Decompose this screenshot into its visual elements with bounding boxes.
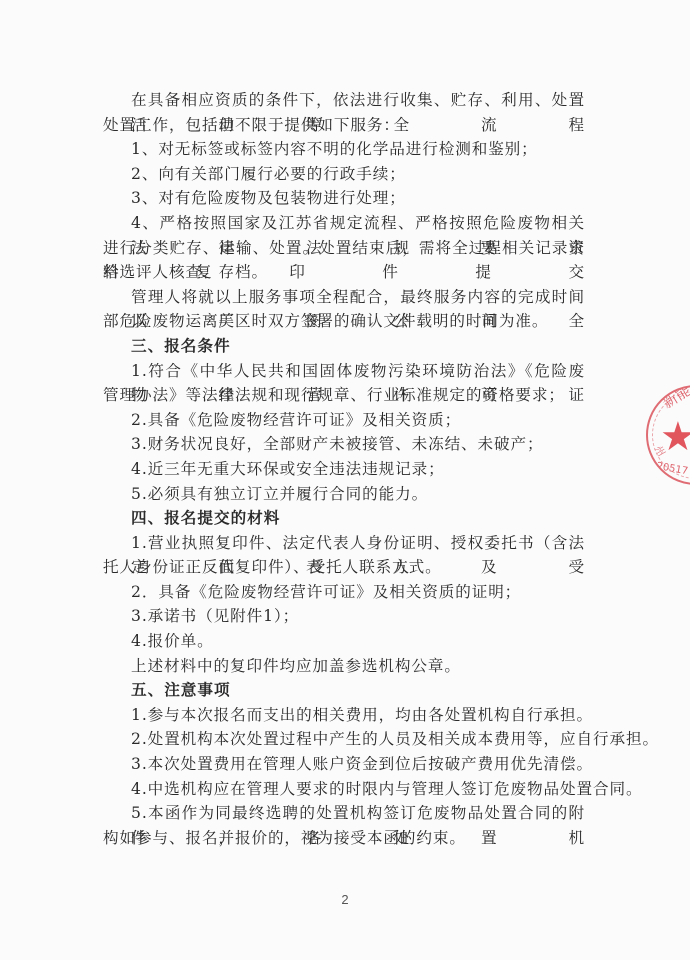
- paragraph-line: 管理办法》等法律法规和现行规章、行业标准规定的资格要求；: [103, 383, 585, 408]
- section-heading: 四、报名提交的材料: [103, 506, 585, 531]
- section-heading: 五、注意事项: [103, 678, 585, 703]
- paragraph-line: 1.符合《中华人民共和国固体废物污染环境防治法》《危险废物经营许可证: [103, 359, 585, 384]
- paragraph-line: 上述材料中的复印件均应加盖参选机构公章。: [103, 654, 585, 679]
- paragraph-line: 1、对无标签或标签内容不明的化学品进行检测和鉴别；: [103, 137, 585, 162]
- paragraph-line: 2、向有关部门履行必要的行政手续；: [103, 162, 585, 187]
- paragraph-line: 进行分类贮存、运输、处置。处置结束后，需将全过程相关记录资料复印件提交: [103, 236, 585, 261]
- paragraph-line: 管理人将就以上服务事项全程配合，最终服务内容的完成时间以美阌公司全: [103, 285, 585, 310]
- page-number: 2: [0, 892, 690, 907]
- paragraph-line: 4.近三年无重大环保或安全违法违规记录；: [103, 457, 585, 482]
- paragraph-line: 5.必须具有独立订立并履行合同的能力。: [103, 482, 585, 507]
- paragraph-line: 1.营业执照复印件、法定代表人身份证明、授权委托书（含法定代表人及受: [103, 531, 585, 556]
- paragraph-line: 在具备相应资质的条件下，依法进行收集、贮存、利用、处置活动等全流程: [103, 88, 585, 113]
- paragraph-line: 4、严格按照国家及江苏省规定流程、严格按照危险废物相关法律法规要求: [103, 211, 585, 236]
- paragraph-line: 3.财务状况良好，全部财产未被接管、未冻结、未破产；: [103, 432, 585, 457]
- paragraph-line: 2．具备《危险废物经营许可证》及相关资质的证明；: [103, 580, 585, 605]
- paragraph-line: 部危险废物运离厂区时双方签署的确认文件载明的时间为准。: [103, 309, 585, 334]
- paragraph-line: 3.承诺书（见附件1）；: [103, 604, 585, 629]
- company-seal-stamp: 新能源 ★ 州 320517: [646, 385, 690, 485]
- paragraph-line: 1.参与本次报名而支出的相关费用，均由各处置机构自行承担。: [103, 703, 585, 728]
- paragraph-line: 3、对有危险废物及包装物进行处理；: [103, 186, 585, 211]
- paragraph-line: 4.报价单。: [103, 629, 585, 654]
- paragraph-line: 2.具备《危险废物经营许可证》及相关资质；: [103, 408, 585, 433]
- paragraph-line: 4.中选机构应在管理人要求的时限内与管理人签订危废物品处置合同。: [103, 777, 585, 802]
- paragraph-line: 5.本函作为同最终选聘的处置机构签订危废物品处置合同的附件，各处置机: [103, 801, 585, 826]
- paragraph-line: 2.处置机构本次处置过程中产生的人员及相关成本费用等，应自行承担。: [103, 727, 585, 752]
- document-body: 在具备相应资质的条件下，依法进行收集、贮存、利用、处置活动等全流程处置工作，包括…: [103, 88, 585, 850]
- section-heading: 三、报名条件: [103, 334, 585, 359]
- paragraph-line: 3.本次处置费用在管理人账户资金到位后按破产费用优先清偿。: [103, 752, 585, 777]
